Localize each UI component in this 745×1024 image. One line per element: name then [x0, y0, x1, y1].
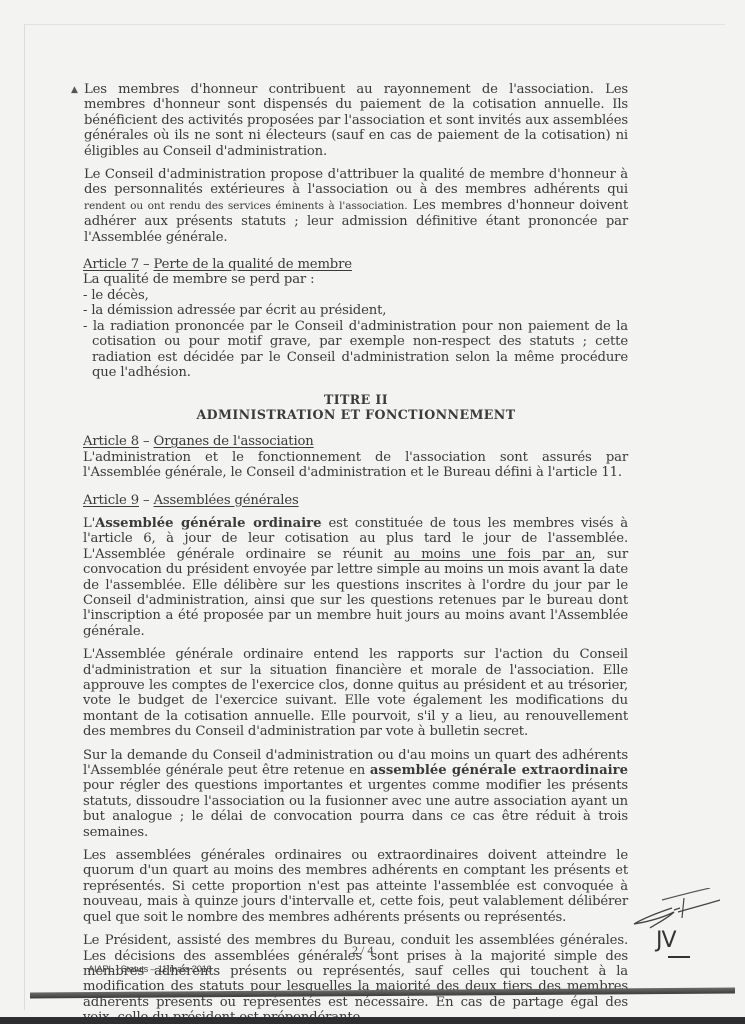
titre-name: ADMINISTRATION ET FONCTIONNEMENT [84, 407, 628, 422]
article-label: Article 7 [83, 257, 139, 272]
page-number: 2 / 4 [352, 943, 373, 958]
initials-jv: JV [656, 928, 676, 953]
separator: – [139, 493, 154, 508]
list-item: - le décès, [83, 288, 628, 303]
article-9-heading: Article 9 – Assemblées générales [83, 493, 628, 508]
article-9-paragraph-1: L'Assemblée générale ordinaire est const… [83, 516, 628, 639]
small-inserted-text: rendent ou ont rendu des services éminen… [84, 200, 407, 212]
honorary-members-paragraph-2: Le Conseil d'administration propose d'at… [84, 167, 628, 245]
separator: – [139, 434, 154, 449]
footer-document-reference: AIAPL - Statuts – 11 mars 2016 [88, 964, 212, 975]
list-item: - la démission adressée par écrit au pré… [83, 303, 628, 318]
article-8-heading: Article 8 – Organes de l'association [83, 434, 628, 449]
paragraph-text: pour régler des questions importantes et… [83, 778, 628, 839]
list-item: - la radiation prononcée par le Conseil … [83, 319, 628, 381]
article-title: Organes de l'association [154, 434, 314, 449]
triangle-bullet-icon: ▲ [71, 83, 78, 98]
underlined-phrase: au moins une fois par an [394, 547, 592, 562]
article-7-lead: La qualité de membre se perd par : [83, 272, 628, 287]
scanned-page: ▲ Les membres d'honneur contribuent au r… [0, 0, 745, 1024]
scanner-bottom-edge [0, 1017, 745, 1024]
honorary-members-paragraph-1: Les membres d'honneur contribuent au ray… [84, 82, 628, 159]
paragraph-text: Le Conseil d'administration propose d'at… [84, 167, 628, 197]
honorary-members-section: ▲ Les membres d'honneur contribuent au r… [84, 82, 628, 245]
article-8-text: L'administration et le fonctionnement de… [83, 450, 628, 481]
titre-number: TITRE II [84, 392, 628, 407]
bold-term: assemblée générale extraordinaire [370, 763, 628, 778]
paragraph-text: L' [83, 516, 95, 531]
article-8: Article 8 – Organes de l'association L'a… [83, 434, 628, 480]
article-9-paragraph-3: Sur la demande du Conseil d'administrati… [83, 748, 628, 840]
article-9-paragraph-4: Les assemblées générales ordinaires ou e… [83, 848, 628, 925]
separator: – [139, 257, 154, 272]
document-body: ▲ Les membres d'honneur contribuent au r… [84, 82, 628, 1024]
article-7-heading: Article 7 – Perte de la qualité de membr… [83, 257, 628, 272]
article-7: Article 7 – Perte de la qualité de membr… [83, 257, 628, 380]
titre-heading: TITRE II ADMINISTRATION ET FONCTIONNEMEN… [84, 392, 628, 422]
initials-underline [668, 956, 690, 958]
bold-term: Assemblée générale ordinaire [95, 516, 321, 531]
article-label: Article 8 [83, 434, 139, 449]
article-title: Assemblées générales [154, 493, 299, 508]
article-title: Perte de la qualité de membre [154, 257, 352, 272]
article-label: Article 9 [83, 493, 139, 508]
article-9-paragraph-2: L'Assemblée générale ordinaire entend le… [83, 647, 628, 739]
initials-text: JV [656, 928, 676, 953]
